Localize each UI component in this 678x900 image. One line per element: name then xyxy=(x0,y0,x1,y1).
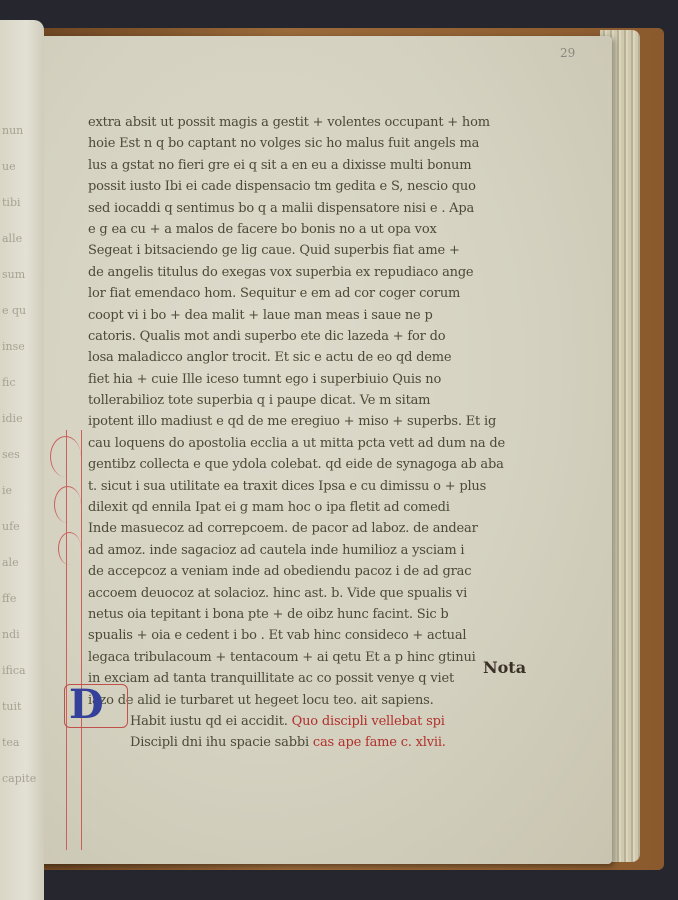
text-line: accoem deuocoz at solacioz. hinc ast. b.… xyxy=(88,583,548,604)
text-line: Inde masuecoz ad correpcoem. de pacor ad… xyxy=(88,518,548,539)
facing-leaf-text: ndi xyxy=(2,624,20,645)
text-line: spualis + oia e cedent i bo . Et vab hin… xyxy=(88,625,548,646)
text-line: catoris. Qualis mot andi superbo ete dic… xyxy=(88,326,548,347)
text-line: hoie Est n q bo captant no volges sic ho… xyxy=(88,133,548,154)
text-line: dilexit qd ennila Ipat ei g mam hoc o ip… xyxy=(88,497,548,518)
text-line: netus oia tepitant i bona pte + de oibz … xyxy=(88,604,548,625)
text-line: lus a gstat no fieri gre ei q sit a en e… xyxy=(88,155,548,176)
text-line: lor fiat emendaco hom. Sequitur e em ad … xyxy=(88,283,548,304)
text-line: possit iusto Ibi ei cade dispensacio tm … xyxy=(88,176,548,197)
facing-leaf: nunuetibiallesume quinseficidiesesieufea… xyxy=(0,20,44,900)
text-span: Discipli dni ihu spacie sabbi xyxy=(130,735,309,750)
rubric-line: Habit iustu qd ei accidit. Quo discipli … xyxy=(88,711,548,732)
facing-leaf-text: e qu xyxy=(2,300,26,321)
facing-leaf-text: tibi xyxy=(2,192,21,213)
facing-leaf-text: idie xyxy=(2,408,23,429)
flourish-decoration xyxy=(54,486,81,523)
text-line: sed iocaddi q sentimus bo q a malii disp… xyxy=(88,198,548,219)
text-line: cau loquens do apostolia ecclia a ut mit… xyxy=(88,433,548,454)
text-line: fiet hia + cuie Ille iceso tumnt ego i s… xyxy=(88,369,548,390)
text-span: Habit iustu qd ei accidit. xyxy=(130,714,288,729)
flourish-decoration xyxy=(50,436,81,477)
facing-leaf-text: ue xyxy=(2,156,16,177)
flourish-decoration xyxy=(58,532,81,565)
facing-leaf-text: fic xyxy=(2,372,16,393)
text-line: ipotent illo madiust e qd de me eregiuo … xyxy=(88,411,548,432)
facing-leaf-text: ufe xyxy=(2,516,20,537)
text-line: legaca tribulacoum + tentacoum + ai qetu… xyxy=(88,647,548,668)
text-line: ad amoz. inde sagacioz ad cautela inde h… xyxy=(88,540,548,561)
facing-leaf-text: tea xyxy=(2,732,20,753)
text-line: in exciam ad tanta tranquillitate ac co … xyxy=(88,668,548,689)
marginal-note: Nota xyxy=(483,658,526,677)
text-line: de accepcoz a veniam inde ad obediendu p… xyxy=(88,561,548,582)
facing-leaf-text: inse xyxy=(2,336,25,357)
folio-number: 29 xyxy=(560,46,575,60)
main-text-block: extra absit ut possit magis a gestit + v… xyxy=(88,112,548,754)
facing-leaf-text: ale xyxy=(2,552,19,573)
facing-leaf-text: ses xyxy=(2,444,20,465)
text-line: de angelis titulus do exegas vox superbi… xyxy=(88,262,548,283)
text-line: iazo de alid ie turbaret ut hegeet locu … xyxy=(88,690,548,711)
facing-leaf-text: nun xyxy=(2,120,23,141)
facing-leaf-text: sum xyxy=(2,264,25,285)
text-line: Segeat i bitsaciendo ge lig caue. Quid s… xyxy=(88,240,548,261)
illuminated-initial: D xyxy=(64,684,128,728)
rubric-span: cas ape fame c. xlvii. xyxy=(313,735,446,750)
text-line: losa maladicco anglor trocit. Et sic e a… xyxy=(88,347,548,368)
facing-leaf-text: tuit xyxy=(2,696,21,717)
facing-leaf-text: ffe xyxy=(2,588,16,609)
text-line: tollerabilioz tote superbia q i paupe di… xyxy=(88,390,548,411)
facing-leaf-text: alle xyxy=(2,228,22,249)
text-line: coopt vi i bo + dea malit + laue man mea… xyxy=(88,305,548,326)
text-line: gentibz collecta e que ydola colebat. qd… xyxy=(88,454,548,475)
rubric-span: Quo discipli vellebat spi xyxy=(292,714,445,729)
facing-leaf-text: capite xyxy=(2,768,36,789)
text-line: e g ea cu + a malos de facere bo bonis n… xyxy=(88,219,548,240)
text-line: extra absit ut possit magis a gestit + v… xyxy=(88,112,548,133)
rubric-line: Discipli dni ihu spacie sabbi cas ape fa… xyxy=(88,732,548,753)
text-line: t. sicut i sua utilitate ea traxit dices… xyxy=(88,476,548,497)
initial-letter: D xyxy=(69,683,104,727)
facing-leaf-text: ie xyxy=(2,480,12,501)
facing-leaf-text: ifica xyxy=(2,660,26,681)
